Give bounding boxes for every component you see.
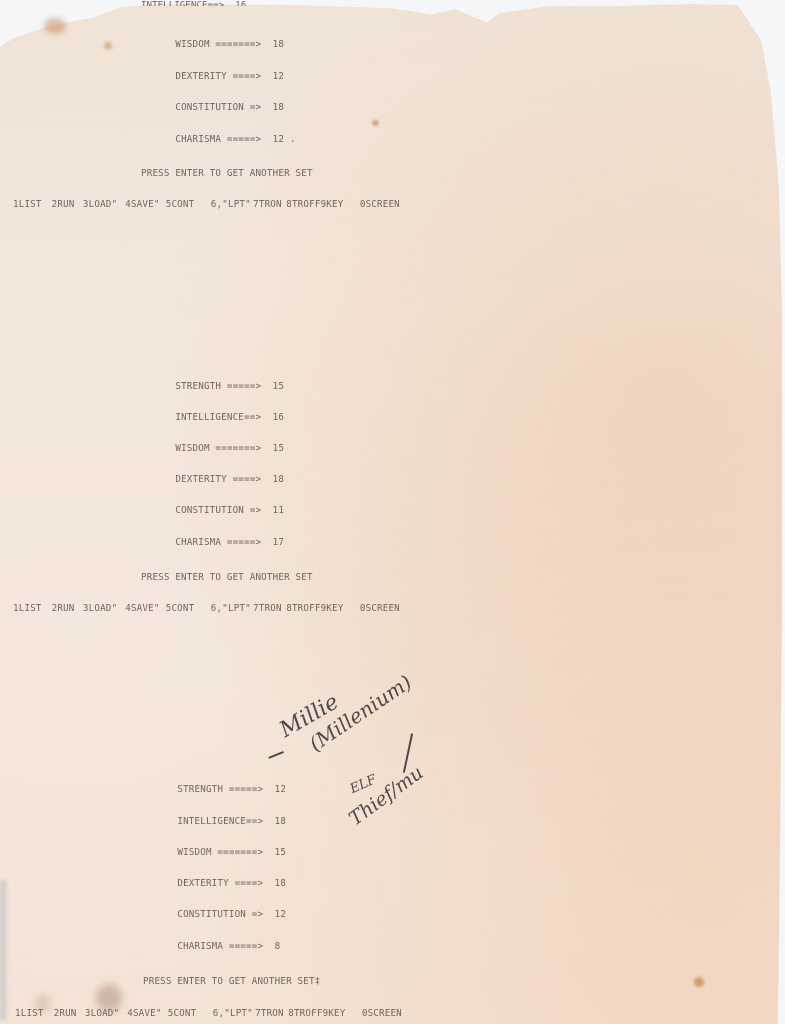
fkey-save: 4SAVE" bbox=[127, 1008, 167, 1019]
stat-row-dexterity: DEXTERITY ====> 18 bbox=[141, 463, 284, 496]
stat-value: 18 bbox=[275, 878, 286, 889]
stat-value: 15 bbox=[273, 443, 284, 454]
fkey-lpt: 6,"LPT" bbox=[213, 1008, 255, 1019]
fkey-cont: 5CONT bbox=[166, 199, 211, 210]
stat-value: 15 bbox=[275, 847, 286, 858]
stat-label: CONSTITUTION => bbox=[177, 909, 263, 920]
stat-value: 16 bbox=[273, 412, 284, 423]
fkey-tron: 7TRON bbox=[255, 1008, 288, 1019]
fkey-tron: 7TRON bbox=[253, 603, 286, 614]
paper-sheet bbox=[0, 0, 785, 1024]
fkey-run: 2RUN bbox=[54, 1008, 85, 1019]
stat-value: 12 bbox=[273, 71, 284, 82]
fkey-save: 4SAVE" bbox=[125, 199, 165, 210]
fkey-run: 2RUN bbox=[52, 199, 83, 210]
stat-row-wisdom: WISDOM =======> 18 bbox=[141, 28, 284, 61]
fkey-tron: 7TRON bbox=[253, 199, 286, 210]
stat-value: 11 bbox=[273, 505, 284, 516]
stat-label: WISDOM =======> bbox=[177, 847, 263, 858]
stat-value: 17 bbox=[273, 537, 284, 548]
stat-row-strength: STRENGTH =====> 12 bbox=[143, 773, 286, 806]
prompt-text: PRESS ENTER TO GET ANOTHER SET‡ bbox=[143, 976, 320, 987]
fkey-lpt: 6,"LPT" bbox=[211, 603, 253, 614]
fkey-load: 3LOAD" bbox=[85, 1008, 127, 1019]
scanned-page: INTELLIGENCE==> 16 WISDOM =======> 18 DE… bbox=[0, 0, 785, 1024]
stat-row-constitution: CONSTITUTION => 18 bbox=[141, 91, 284, 124]
stat-row-charisma: CHARISMA =====> 12 . bbox=[141, 123, 296, 156]
stat-label: DEXTERITY ====> bbox=[175, 71, 261, 82]
fkey-list: 1LIST bbox=[15, 1008, 54, 1019]
stat-row-charisma: CHARISMA =====> 8 bbox=[143, 930, 280, 963]
stat-value: 8 bbox=[275, 941, 281, 952]
fkey-lpt: 6,"LPT" bbox=[211, 199, 253, 210]
fkey-list: 1LIST bbox=[13, 199, 52, 210]
stat-row-charisma: CHARISMA =====> 17 bbox=[141, 526, 284, 559]
function-key-bar: 1LIST 2RUN 3LOAD" 4SAVE" 5CONT 6,"LPT" 7… bbox=[13, 603, 400, 614]
stat-value: 18 bbox=[273, 39, 284, 50]
stat-label: INTELLIGENCE==> bbox=[177, 816, 263, 827]
stat-label: CONSTITUTION => bbox=[175, 102, 261, 113]
fkey-load: 3LOAD" bbox=[83, 603, 125, 614]
fkey-cont: 5CONT bbox=[168, 1008, 213, 1019]
fkey-load: 3LOAD" bbox=[83, 199, 125, 210]
fkey-list: 1LIST bbox=[13, 603, 52, 614]
fkey-troff-key: 8TROFF9KEY bbox=[286, 603, 360, 614]
stat-label: INTELLIGENCE==> bbox=[175, 412, 261, 423]
stat-row-constitution: CONSTITUTION => 11 bbox=[141, 494, 284, 527]
stat-value: 18 bbox=[275, 816, 286, 827]
stat-row-constitution: CONSTITUTION => 12 bbox=[143, 898, 286, 931]
stat-label: CHARISMA =====> bbox=[177, 941, 263, 952]
stat-value: 12 . bbox=[273, 134, 296, 145]
stat-row-dexterity: DEXTERITY ====> 12 bbox=[141, 60, 284, 93]
stat-row-dexterity: DEXTERITY ====> 18 bbox=[143, 867, 286, 900]
prompt-text: PRESS ENTER TO GET ANOTHER SET bbox=[141, 572, 313, 583]
stat-value: 18 bbox=[273, 474, 284, 485]
fkey-screen: 0SCREEN bbox=[360, 199, 400, 210]
fkey-run: 2RUN bbox=[52, 603, 83, 614]
stat-value: 18 bbox=[273, 102, 284, 113]
fkey-troff-key: 8TROFF9KEY bbox=[288, 1008, 362, 1019]
stat-label: WISDOM =======> bbox=[175, 443, 261, 454]
fkey-screen: 0SCREEN bbox=[362, 1008, 402, 1019]
stat-row-wisdom: WISDOM =======> 15 bbox=[141, 432, 284, 465]
stat-row-strength: STRENGTH =====> 15 bbox=[141, 370, 284, 403]
fkey-screen: 0SCREEN bbox=[360, 603, 400, 614]
function-key-bar: 1LIST 2RUN 3LOAD" 4SAVE" 5CONT 6,"LPT" 7… bbox=[15, 1008, 402, 1019]
stat-label: DEXTERITY ====> bbox=[175, 474, 261, 485]
prompt-text: PRESS ENTER TO GET ANOTHER SET bbox=[141, 168, 313, 179]
stat-row-intelligence: INTELLIGENCE==> 16 bbox=[141, 401, 284, 434]
fkey-cont: 5CONT bbox=[166, 603, 211, 614]
stat-value: 12 bbox=[275, 784, 286, 795]
stat-label: STRENGTH =====> bbox=[175, 381, 261, 392]
stat-label: DEXTERITY ====> bbox=[177, 878, 263, 889]
torn-text-fragment: INTELLIGENCE==> 16 bbox=[141, 0, 246, 6]
stat-label: STRENGTH =====> bbox=[177, 784, 263, 795]
stat-label: CHARISMA =====> bbox=[175, 134, 261, 145]
function-key-bar: 1LIST 2RUN 3LOAD" 4SAVE" 5CONT 6,"LPT" 7… bbox=[13, 199, 400, 210]
fkey-save: 4SAVE" bbox=[125, 603, 165, 614]
stat-row-intelligence: INTELLIGENCE==> 18 bbox=[143, 805, 286, 838]
stat-label: CONSTITUTION => bbox=[175, 505, 261, 516]
stat-value: 15 bbox=[273, 381, 284, 392]
stat-label: WISDOM =======> bbox=[175, 39, 261, 50]
fkey-troff-key: 8TROFF9KEY bbox=[286, 199, 360, 210]
stat-label: CHARISMA =====> bbox=[175, 537, 261, 548]
stat-row-wisdom: WISDOM =======> 15 bbox=[143, 836, 286, 869]
stat-value: 12 bbox=[275, 909, 286, 920]
